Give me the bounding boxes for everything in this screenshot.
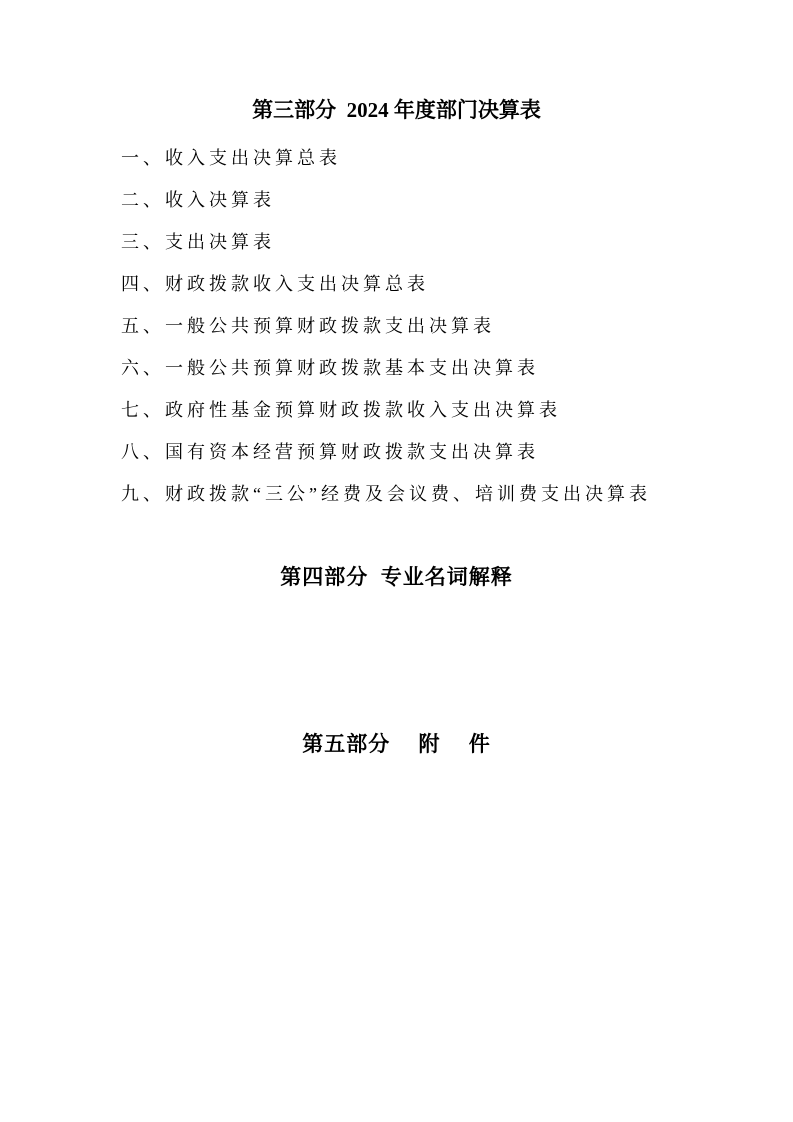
section5-title: 第五部分 附 件 <box>0 730 793 758</box>
table-list-item-5: 五、一般公共预算财政拨款支出决算表 <box>121 305 793 347</box>
table-list-item-1: 一、收入支出决算总表 <box>121 137 793 179</box>
section3-table-list: 一、收入支出决算总表 二、收入决算表 三、支出决算表 四、财政拨款收入支出决算总… <box>0 137 793 515</box>
table-list-item-9: 九、财政拨款“三公”经费及会议费、培训费支出决算表 <box>121 473 793 515</box>
table-list-item-3: 三、支出决算表 <box>121 221 793 263</box>
section3-title: 第三部分 2024 年度部门决算表 <box>0 0 793 124</box>
document-page: 第三部分 2024 年度部门决算表 一、收入支出决算总表 二、收入决算表 三、支… <box>0 0 793 1122</box>
table-list-item-6: 六、一般公共预算财政拨款基本支出决算表 <box>121 347 793 389</box>
table-list-item-8: 八、国有资本经营预算财政拨款支出决算表 <box>121 431 793 473</box>
table-list-item-4: 四、财政拨款收入支出决算总表 <box>121 263 793 305</box>
table-list-item-2: 二、收入决算表 <box>121 179 793 221</box>
table-list-item-7: 七、政府性基金预算财政拨款收入支出决算表 <box>121 389 793 431</box>
section4-title: 第四部分 专业名词解释 <box>0 563 793 591</box>
